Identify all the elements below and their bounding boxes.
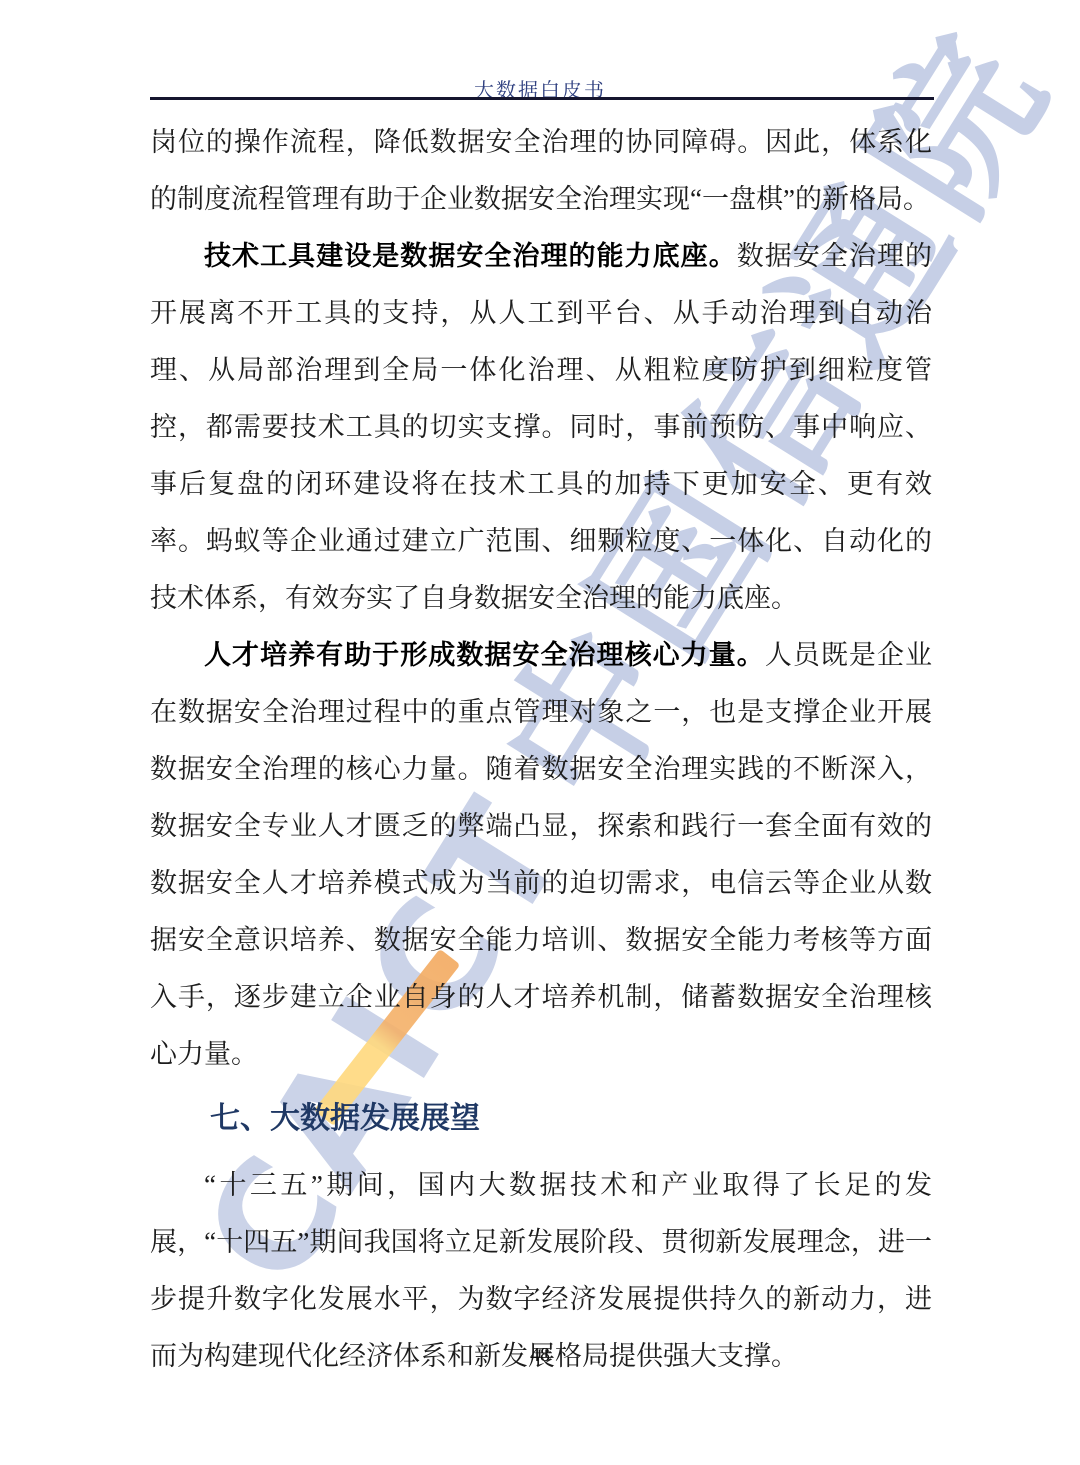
paragraph-text: “十三五”期间，国内大数据技术和产业取得了长足的发展，“十四五”期间我国将立足新… (150, 1170, 932, 1371)
paragraph-bold-lead: 人才培养有助于形成数据安全治理核心力量。 (204, 640, 765, 670)
section-heading: 七、大数据发展展望 (150, 1099, 932, 1139)
paragraph-text: 岗位的操作流程，降低数据安全治理的协同障碍。因此，体系化的制度流程管理有助于企业… (150, 127, 932, 214)
paragraph-text: 数据安全治理的开展离不开工具的支持，从人工到平台、从手动治理到自动治理、从局部治… (150, 241, 932, 613)
paragraph: 岗位的操作流程，降低数据安全治理的协同障碍。因此，体系化的制度流程管理有助于企业… (150, 114, 932, 228)
paragraph: 技术工具建设是数据安全治理的能力底座。数据安全治理的开展离不开工具的支持，从人工… (150, 228, 932, 627)
header-divider (150, 97, 934, 100)
paragraph: 人才培养有助于形成数据安全治理核心力量。人员既是企业在数据安全治理过程中的重点管… (150, 627, 932, 1083)
page-body: 岗位的操作流程，降低数据安全治理的协同障碍。因此，体系化的制度流程管理有助于企业… (150, 114, 932, 1385)
paragraph-bold-lead: 技术工具建设是数据安全治理的能力底座。 (204, 241, 737, 271)
paragraph-text: 人员既是企业在数据安全治理过程中的重点管理对象之一，也是支撑企业开展数据安全治理… (150, 640, 932, 1069)
document-page: CAICT 中国信通院 大数据白皮书 岗位的操作流程，降低数据安全治理的协同障碍… (0, 0, 1080, 1465)
page-number: 48 (0, 1344, 1080, 1367)
